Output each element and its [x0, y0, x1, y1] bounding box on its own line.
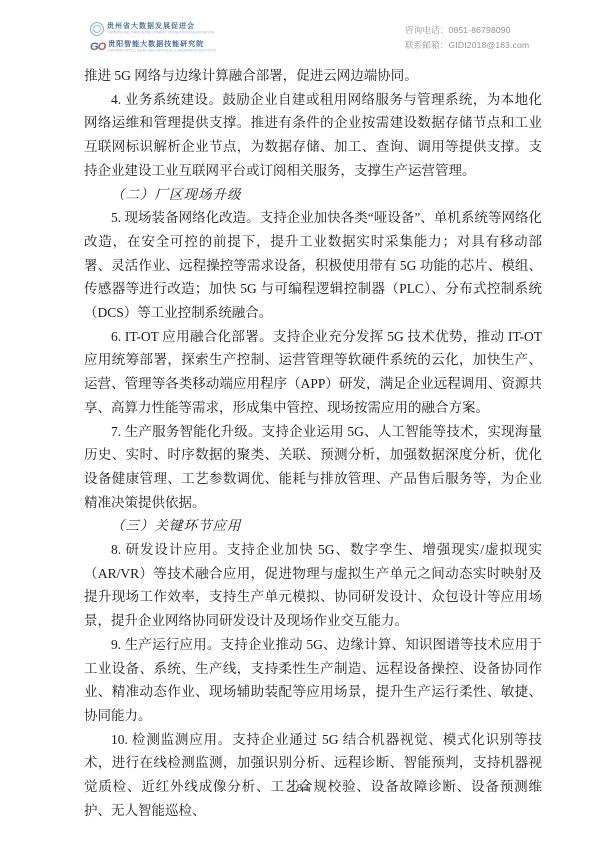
body-paragraph-4: 4. 业务系统建设。鼓励企业自建或租用网络服务与管理系统，为本地化网络运维和管理…: [84, 88, 542, 183]
contact-email: 联系邮箱：GIDI2018@163.com: [405, 38, 529, 53]
body-paragraph-5: 5. 现场装备网络化改造。支持企业加快各类“哑设备”、单机系统等网络化改造，在安…: [84, 206, 542, 325]
contact-phone-number: 0851-86798090: [449, 25, 511, 35]
contact-email-label: 联系邮箱：: [405, 40, 449, 50]
body-paragraph-8: 8. 研发设计应用。支持企业加快 5G、数字孪生、增强现实/虚拟现实（AR/VR…: [84, 538, 542, 633]
association-subtitle-en: GUIZHOU BIG DATA DEVELOPMENT PROMOTION A…: [107, 31, 214, 32]
body-paragraph-continuation: 推进 5G 网络与边缘计算融合部署，促进云网边端协同。: [84, 64, 542, 88]
contact-phone-label: 咨询电话：: [405, 25, 449, 35]
section-heading-2: （二）厂区现场升级: [84, 183, 542, 207]
body-paragraph-9: 9. 生产运行应用。支持企业推动 5G、边缘计算、知识图谱等技术应用于工业设备、…: [84, 633, 542, 728]
institute-logo: GO 贵阳智能大数据技能研究院 GUIYANG INTELLIGENT BIG …: [90, 39, 417, 55]
contact-email-address: GIDI2018@163.com: [449, 40, 530, 50]
page-number: 184: [290, 782, 310, 794]
go-swirl-icon: GO: [90, 41, 105, 53]
document-body: 推进 5G 网络与边缘计算融合部署，促进云网边端协同。 4. 业务系统建设。鼓励…: [84, 64, 542, 823]
contact-phone: 咨询电话：0851-86798090: [405, 23, 529, 38]
body-paragraph-7: 7. 生产服务智能化升级。支持企业运用 5G、人工智能等技术，实现海量历史、实时…: [84, 420, 542, 515]
document-page: 贵州省大数据发展促进会 GUIZHOU BIG DATA DEVELOPMENT…: [0, 0, 600, 848]
body-paragraph-6: 6. IT-OT 应用融合化部署。支持企业充分发挥 5G 技术优势，推动 IT-…: [84, 325, 542, 420]
body-paragraph-10: 10. 检测监测应用。支持企业通过 5G 结合机器视觉、模式化识别等技术，进行在…: [84, 728, 542, 823]
section-heading-3: （三）关键环节应用: [84, 514, 542, 538]
institute-subtitle-en: GUIYANG INTELLIGENT BIG DATA SKILLS RESE…: [108, 49, 216, 50]
page-header-logos: 贵州省大数据发展促进会 GUIZHOU BIG DATA DEVELOPMENT…: [90, 21, 417, 57]
header-contact-info: 咨询电话：0851-86798090 联系邮箱：GIDI2018@163.com: [405, 23, 529, 53]
association-seal-icon: [90, 22, 104, 36]
association-logo: 贵州省大数据发展促进会 GUIZHOU BIG DATA DEVELOPMENT…: [90, 21, 417, 37]
